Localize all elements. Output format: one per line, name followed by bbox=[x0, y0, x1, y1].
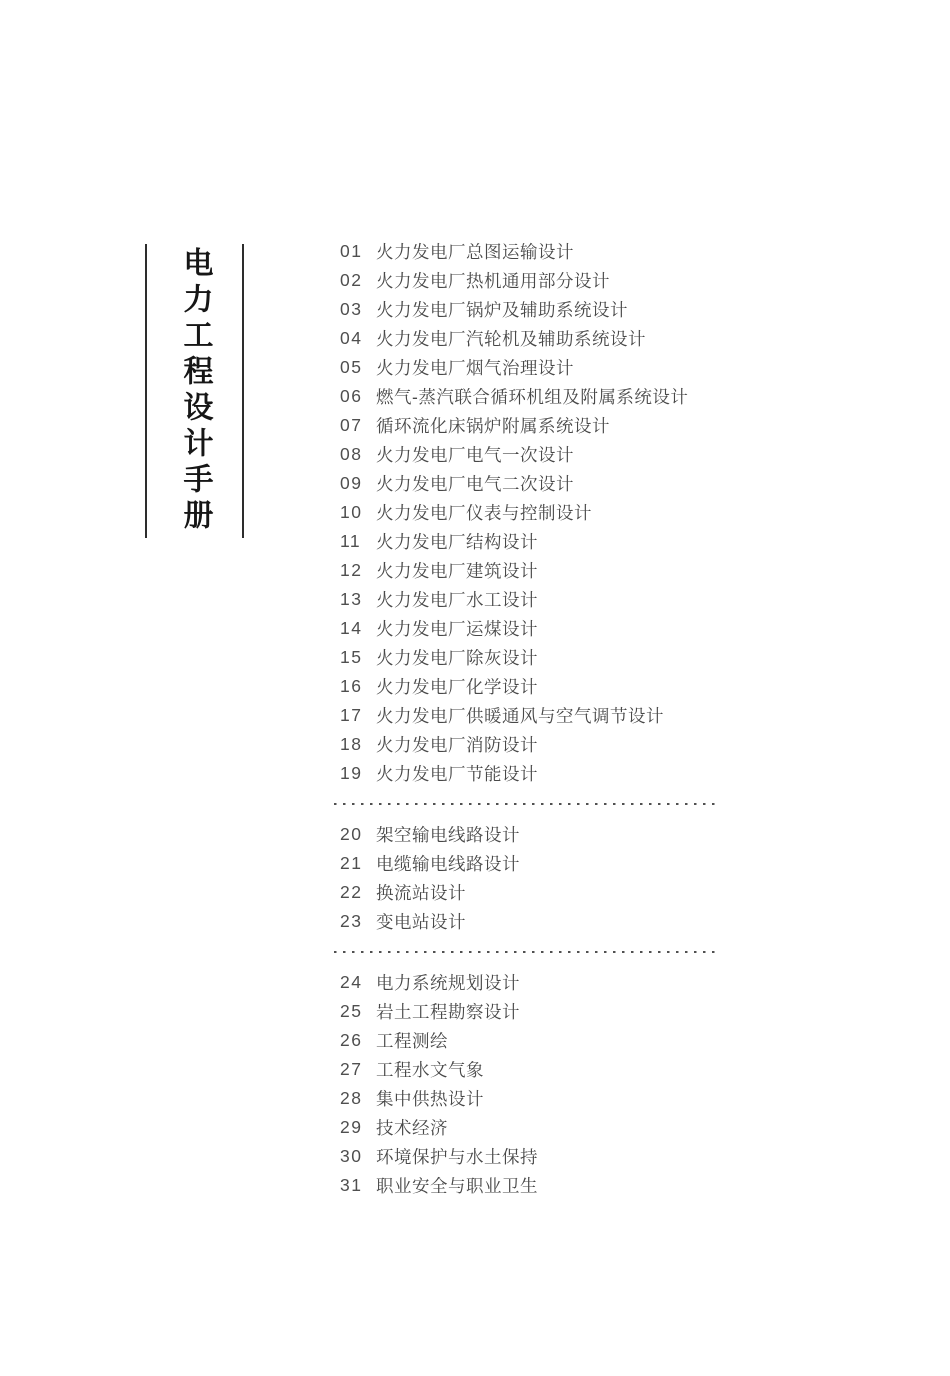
toc-item-number: 02 bbox=[340, 270, 367, 291]
toc-item-number: 22 bbox=[340, 882, 367, 903]
toc-item-number: 17 bbox=[340, 705, 367, 726]
toc-item-title: 技术经济 bbox=[376, 1115, 448, 1140]
dotted-separator bbox=[334, 788, 716, 820]
toc-item-title: 火力发电厂总图运输设计 bbox=[376, 239, 574, 264]
toc-item: 04火力发电厂汽轮机及辅助系统设计 bbox=[334, 324, 716, 353]
toc-item: 28集中供热设计 bbox=[334, 1084, 716, 1113]
toc-item-title: 工程测绘 bbox=[376, 1028, 448, 1053]
toc-item-title: 环境保护与水土保持 bbox=[376, 1144, 538, 1169]
toc-item: 18火力发电厂消防设计 bbox=[334, 730, 716, 759]
toc-item: 24电力系统规划设计 bbox=[334, 968, 716, 997]
toc-item-number: 27 bbox=[340, 1059, 367, 1080]
toc-item: 06燃气-蒸汽联合循环机组及附属系统设计 bbox=[334, 382, 716, 411]
toc-item-title: 架空输电线路设计 bbox=[376, 822, 520, 847]
toc-item-number: 24 bbox=[340, 972, 367, 993]
toc-item-title: 火力发电厂锅炉及辅助系统设计 bbox=[376, 297, 628, 322]
toc-item: 05火力发电厂烟气治理设计 bbox=[334, 353, 716, 382]
toc-item-title: 火力发电厂结构设计 bbox=[376, 529, 538, 554]
toc-item-number: 21 bbox=[340, 853, 367, 874]
toc-item-title: 电缆输电线路设计 bbox=[376, 851, 520, 876]
toc-item-number: 26 bbox=[340, 1030, 367, 1051]
toc-item-title: 火力发电厂水工设计 bbox=[376, 587, 538, 612]
toc-item-title: 集中供热设计 bbox=[376, 1086, 484, 1111]
toc-item-number: 31 bbox=[340, 1175, 367, 1196]
toc-item-title: 火力发电厂供暖通风与空气调节设计 bbox=[376, 703, 664, 728]
toc-item-number: 12 bbox=[340, 560, 367, 581]
toc-item-number: 01 bbox=[340, 241, 367, 262]
toc-item: 14火力发电厂运煤设计 bbox=[334, 614, 716, 643]
toc-item-number: 19 bbox=[340, 763, 367, 784]
toc-item-number: 08 bbox=[340, 444, 367, 465]
series-vertical-title: 电力工程设计手册 bbox=[180, 247, 210, 535]
toc-item: 13火力发电厂水工设计 bbox=[334, 585, 716, 614]
scanned-book-page: 电力工程设计手册 01火力发电厂总图运输设计02火力发电厂热机通用部分设计03火… bbox=[0, 0, 950, 1376]
toc-item: 02火力发电厂热机通用部分设计 bbox=[334, 266, 716, 295]
toc-item-title: 换流站设计 bbox=[376, 880, 466, 905]
toc-item-title: 火力发电厂热机通用部分设计 bbox=[376, 268, 610, 293]
toc-item-title: 火力发电厂电气一次设计 bbox=[376, 442, 574, 467]
toc-item-title: 火力发电厂除灰设计 bbox=[376, 645, 538, 670]
toc-item: 27工程水文气象 bbox=[334, 1055, 716, 1084]
dotted-line bbox=[334, 803, 716, 806]
title-rule-right bbox=[242, 244, 244, 538]
toc-item: 08火力发电厂电气一次设计 bbox=[334, 440, 716, 469]
toc-item-number: 25 bbox=[340, 1001, 367, 1022]
toc-item-title: 职业安全与职业卫生 bbox=[376, 1173, 538, 1198]
toc-item: 16火力发电厂化学设计 bbox=[334, 672, 716, 701]
toc-item-number: 28 bbox=[340, 1088, 367, 1109]
toc-item-number: 07 bbox=[340, 415, 367, 436]
toc-item: 15火力发电厂除灰设计 bbox=[334, 643, 716, 672]
toc-item: 30环境保护与水土保持 bbox=[334, 1142, 716, 1171]
toc-item: 19火力发电厂节能设计 bbox=[334, 759, 716, 788]
toc-item-number: 30 bbox=[340, 1146, 367, 1167]
toc-item-number: 09 bbox=[340, 473, 367, 494]
toc-item-number: 06 bbox=[340, 386, 367, 407]
dotted-line bbox=[334, 951, 716, 954]
toc-item: 17火力发电厂供暖通风与空气调节设计 bbox=[334, 701, 716, 730]
toc-item-title: 燃气-蒸汽联合循环机组及附属系统设计 bbox=[376, 384, 688, 409]
toc-item: 10火力发电厂仪表与控制设计 bbox=[334, 498, 716, 527]
toc-item: 31职业安全与职业卫生 bbox=[334, 1171, 716, 1200]
toc-item-number: 14 bbox=[340, 618, 367, 639]
toc-item: 23变电站设计 bbox=[334, 907, 716, 936]
toc-item: 25岩土工程勘察设计 bbox=[334, 997, 716, 1026]
toc-item-number: 11 bbox=[340, 531, 367, 552]
toc-item-title: 火力发电厂建筑设计 bbox=[376, 558, 538, 583]
toc-item-number: 03 bbox=[340, 299, 367, 320]
toc-item-title: 火力发电厂电气二次设计 bbox=[376, 471, 574, 496]
toc-item-title: 火力发电厂烟气治理设计 bbox=[376, 355, 574, 380]
toc-item: 11火力发电厂结构设计 bbox=[334, 527, 716, 556]
toc-item-number: 13 bbox=[340, 589, 367, 610]
toc-item-number: 10 bbox=[340, 502, 367, 523]
toc-item-title: 火力发电厂化学设计 bbox=[376, 674, 538, 699]
toc-item-title: 火力发电厂仪表与控制设计 bbox=[376, 500, 592, 525]
toc-item-title: 火力发电厂汽轮机及辅助系统设计 bbox=[376, 326, 646, 351]
toc-item-title: 岩土工程勘察设计 bbox=[376, 999, 520, 1024]
dotted-separator bbox=[334, 936, 716, 968]
toc-item: 01火力发电厂总图运输设计 bbox=[334, 237, 716, 266]
toc-item-title: 火力发电厂运煤设计 bbox=[376, 616, 538, 641]
toc-item-title: 火力发电厂节能设计 bbox=[376, 761, 538, 786]
toc-item-number: 15 bbox=[340, 647, 367, 668]
toc-item-number: 29 bbox=[340, 1117, 367, 1138]
toc-item-number: 04 bbox=[340, 328, 367, 349]
toc-item: 03火力发电厂锅炉及辅助系统设计 bbox=[334, 295, 716, 324]
toc-item: 29技术经济 bbox=[334, 1113, 716, 1142]
series-title-block: 电力工程设计手册 bbox=[145, 244, 244, 538]
toc-item-number: 16 bbox=[340, 676, 367, 697]
title-rule-left bbox=[145, 244, 147, 538]
toc-item-title: 电力系统规划设计 bbox=[376, 970, 520, 995]
toc-item-title: 变电站设计 bbox=[376, 909, 466, 934]
toc-item-title: 火力发电厂消防设计 bbox=[376, 732, 538, 757]
toc-item: 09火力发电厂电气二次设计 bbox=[334, 469, 716, 498]
toc-item: 12火力发电厂建筑设计 bbox=[334, 556, 716, 585]
toc-item: 21电缆输电线路设计 bbox=[334, 849, 716, 878]
toc-item-number: 18 bbox=[340, 734, 367, 755]
toc-item: 22换流站设计 bbox=[334, 878, 716, 907]
toc-item-title: 工程水文气象 bbox=[376, 1057, 484, 1082]
toc-item: 26工程测绘 bbox=[334, 1026, 716, 1055]
toc-item-title: 循环流化床锅炉附属系统设计 bbox=[376, 413, 610, 438]
toc-item: 20架空输电线路设计 bbox=[334, 820, 716, 849]
series-list: 01火力发电厂总图运输设计02火力发电厂热机通用部分设计03火力发电厂锅炉及辅助… bbox=[334, 237, 716, 1200]
toc-item-number: 23 bbox=[340, 911, 367, 932]
toc-item-number: 05 bbox=[340, 357, 367, 378]
toc-item: 07循环流化床锅炉附属系统设计 bbox=[334, 411, 716, 440]
toc-item-number: 20 bbox=[340, 824, 367, 845]
